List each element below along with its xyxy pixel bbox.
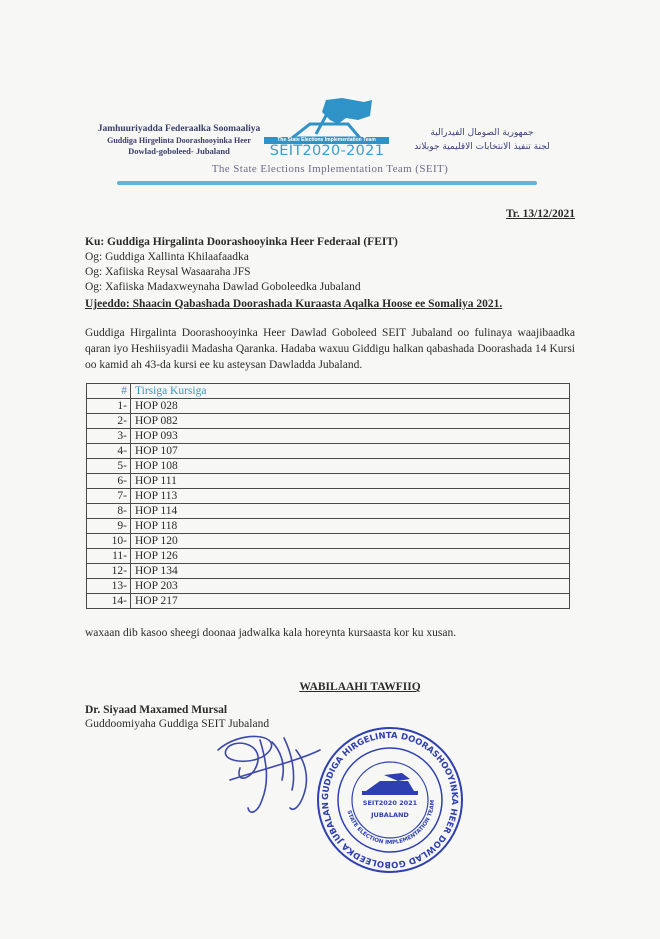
seat-code: HOP 082 xyxy=(131,414,570,429)
recipients-block: Ku: Guddiga Hirgalinta Doorashooyinka He… xyxy=(85,235,398,295)
row-number: 10- xyxy=(87,534,131,549)
recipient-cc: Og: Xafiiska Madaxweynaha Dawlad Gobolee… xyxy=(85,280,398,295)
letterhead-line: Guddiga Hirgelinta Doorashooyinka Heer xyxy=(84,135,274,146)
letterhead-line: Jamhuuriyadda Federaalka Soomaaliya xyxy=(84,124,274,135)
seat-code: HOP 217 xyxy=(131,594,570,609)
seat-code: HOP 113 xyxy=(131,489,570,504)
letterhead-line: Dowlad-goboleed- Jubaland xyxy=(84,146,274,157)
closing-text: waxaan dib kasoo sheegi doonaa jadwalka … xyxy=(85,627,456,639)
letterhead-somali: Jamhuuriyadda Federaalka Soomaaliya Gudd… xyxy=(84,124,274,157)
table-row: 14-HOP 217 xyxy=(87,594,570,609)
seats-table: # Tirsiga Kursiga 1-HOP 0282-HOP 0823-HO… xyxy=(86,383,570,609)
row-number: 11- xyxy=(87,549,131,564)
recipient-cc: Og: Xafiiska Reysal Wasaaraha JFS xyxy=(85,265,398,280)
logo-title: SEIT2020-2021 xyxy=(263,143,391,159)
recipient-cc: Og: Guddiga Xallinta Khilaafaadka xyxy=(85,250,398,265)
table-row: 9-HOP 118 xyxy=(87,519,570,534)
table-row: 1-HOP 028 xyxy=(87,399,570,414)
seat-code: HOP 093 xyxy=(131,429,570,444)
row-number: 5- xyxy=(87,459,131,474)
row-number: 13- xyxy=(87,579,131,594)
table-row: 13-HOP 203 xyxy=(87,579,570,594)
seat-code: HOP 028 xyxy=(131,399,570,414)
svg-text:GUDDIGA HIRGELINTA DOORASHOOYI: GUDDIGA HIRGELINTA DOORASHOOYINKA HEER D… xyxy=(310,725,459,869)
row-number: 2- xyxy=(87,414,131,429)
seat-code: HOP 108 xyxy=(131,459,570,474)
row-number: 6- xyxy=(87,474,131,489)
table-header-row: # Tirsiga Kursiga xyxy=(87,384,570,399)
row-number: 3- xyxy=(87,429,131,444)
svg-text:SEIT2020 2021: SEIT2020 2021 xyxy=(363,799,418,807)
row-number: 9- xyxy=(87,519,131,534)
body-paragraph: Guddiga Hirgalinta Doorashooyinka Heer D… xyxy=(85,325,575,373)
seat-code: HOP 107 xyxy=(131,444,570,459)
seat-code: HOP 111 xyxy=(131,474,570,489)
letter-date: Tr. 13/12/2021 xyxy=(506,208,575,220)
table-row: 11-HOP 126 xyxy=(87,549,570,564)
column-header-number: # xyxy=(87,384,131,399)
letterhead-subtitle: The State Elections Implementation Team … xyxy=(0,163,660,175)
recipient-to: Ku: Guddiga Hirgalinta Doorashooyinka He… xyxy=(85,235,398,250)
letterhead-line: لجنة تنفيذ الانتخابات الاقليمية جوبلاند xyxy=(392,140,572,154)
row-number: 14- xyxy=(87,594,131,609)
letterhead-line: جمهورية الصومال الفيدرالية xyxy=(392,126,572,140)
table-row: 5-HOP 108 xyxy=(87,459,570,474)
row-number: 12- xyxy=(87,564,131,579)
row-number: 7- xyxy=(87,489,131,504)
table-row: 4-HOP 107 xyxy=(87,444,570,459)
table-row: 10-HOP 120 xyxy=(87,534,570,549)
seat-code: HOP 126 xyxy=(131,549,570,564)
table-row: 12-HOP 134 xyxy=(87,564,570,579)
table-row: 3-HOP 093 xyxy=(87,429,570,444)
seat-code: HOP 203 xyxy=(131,579,570,594)
svg-text:JUBALAND: JUBALAND xyxy=(370,811,409,819)
seat-code: HOP 134 xyxy=(131,564,570,579)
row-number: 8- xyxy=(87,504,131,519)
row-number: 4- xyxy=(87,444,131,459)
signer-name: Dr. Siyaad Maxamed Mursal xyxy=(85,703,269,717)
column-header-seat: Tirsiga Kursiga xyxy=(131,384,570,399)
seat-code: HOP 118 xyxy=(131,519,570,534)
table-row: 6-HOP 111 xyxy=(87,474,570,489)
letterhead-arabic: جمهورية الصومال الفيدرالية لجنة تنفيذ ال… xyxy=(392,126,572,154)
sign-off: WABILAAHI TAWFIIQ xyxy=(0,681,660,693)
row-number: 1- xyxy=(87,399,131,414)
table-row: 8-HOP 114 xyxy=(87,504,570,519)
letterhead-divider xyxy=(117,181,537,185)
table-row: 2-HOP 082 xyxy=(87,414,570,429)
seat-code: HOP 120 xyxy=(131,534,570,549)
letter-page: Jamhuuriyadda Federaalka Soomaaliya Gudd… xyxy=(0,0,660,939)
table-row: 7-HOP 113 xyxy=(87,489,570,504)
official-stamp-icon: GUDDIGA HIRGELINTA DOORASHOOYINKA HEER D… xyxy=(310,725,470,875)
letter-subject: Ujeeddo: Shaacin Qabashada Doorashada Ku… xyxy=(85,298,502,310)
seat-code: HOP 114 xyxy=(131,504,570,519)
